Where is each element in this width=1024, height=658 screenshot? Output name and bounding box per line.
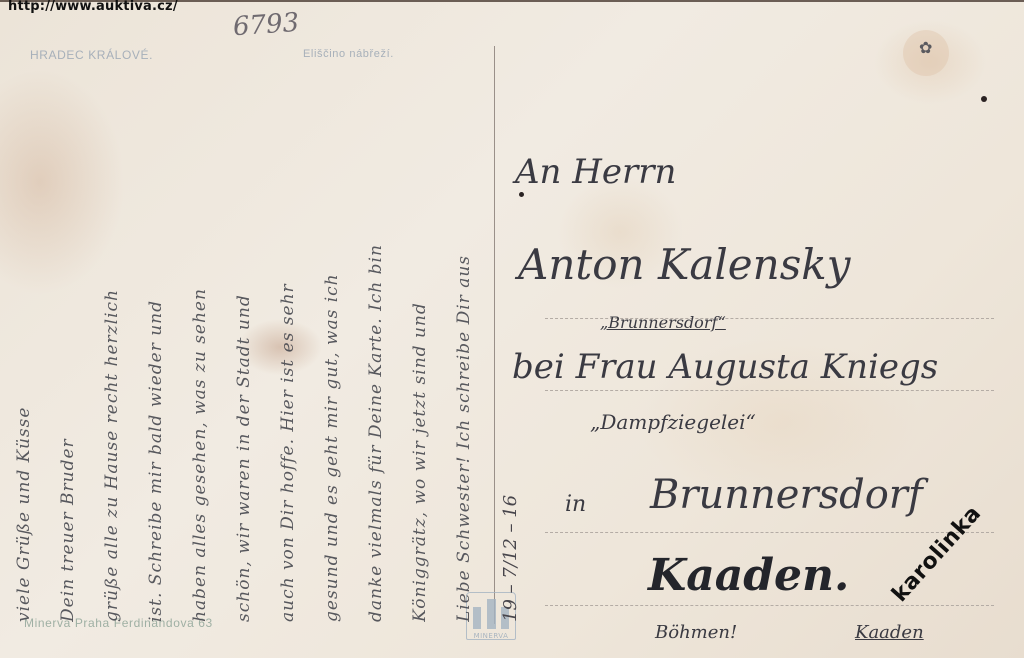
message-line: Liebe Schwester! Ich schreibe Dir aus: [454, 62, 480, 622]
message-line: viele Grüße und Küsse: [14, 62, 40, 622]
address-region: Böhmen!: [655, 622, 737, 643]
address-town: Brunnersdorf: [650, 472, 923, 518]
message-line: danke vielmals für Deine Karte. Ich bin: [366, 62, 392, 622]
address-in-label: in: [565, 492, 586, 517]
recipient-name: Anton Kalensky: [518, 240, 850, 289]
printed-city-caption: HRADEC KRÁLOVÉ.: [30, 48, 153, 62]
address-line: [545, 605, 994, 606]
stamp-remnant-icon: ✿: [919, 38, 932, 57]
handwritten-message: viele Grüße und Küsse Dein treuer Bruder…: [10, 62, 490, 622]
message-line: gesund und es geht mir gut, was ich: [322, 62, 348, 622]
message-address-divider: [494, 46, 495, 624]
address-line: [545, 532, 994, 533]
stamp-area: ✿: [903, 30, 949, 76]
ink-spot: [981, 96, 987, 102]
message-line: Dein treuer Bruder: [58, 62, 84, 622]
message-line: grüße alle zu Hause recht herzlich: [102, 62, 128, 622]
care-of-business: „Dampfziegelei“: [590, 410, 756, 434]
message-line: Königgrätz, wo wir jetzt sind und: [410, 62, 436, 622]
printed-place-caption: Eliščino nábřeží.: [303, 48, 394, 60]
message-line: auch von Dir hoffe. Hier ist es sehr: [278, 62, 304, 622]
auction-site-watermark: http://www.auktiva.cz/: [8, 0, 178, 14]
address-salutation: An Herrn: [515, 152, 676, 192]
address-city: Kaaden.: [648, 550, 849, 601]
ink-spot: [519, 192, 524, 197]
address-line: [545, 390, 994, 391]
inventory-number: 6793: [232, 8, 300, 43]
care-of: bei Frau Augusta Kniegs: [512, 347, 938, 387]
address-region-note: Kaaden: [855, 622, 924, 643]
logo-label: MINERVA: [467, 632, 515, 640]
postcard-back: http://www.auktiva.cz/ 6793 HRADEC KRÁLO…: [0, 0, 1024, 658]
message-line: haben alles gesehen, was zu sehen: [190, 62, 216, 622]
message-date: 19 – 7/12 – 16: [500, 402, 522, 622]
care-of-note: „Brunnersdorf“: [600, 313, 726, 332]
message-line: schön, wir waren in der Stadt und: [234, 62, 260, 622]
message-line: ist. Schreibe mir bald wieder und: [146, 62, 172, 622]
